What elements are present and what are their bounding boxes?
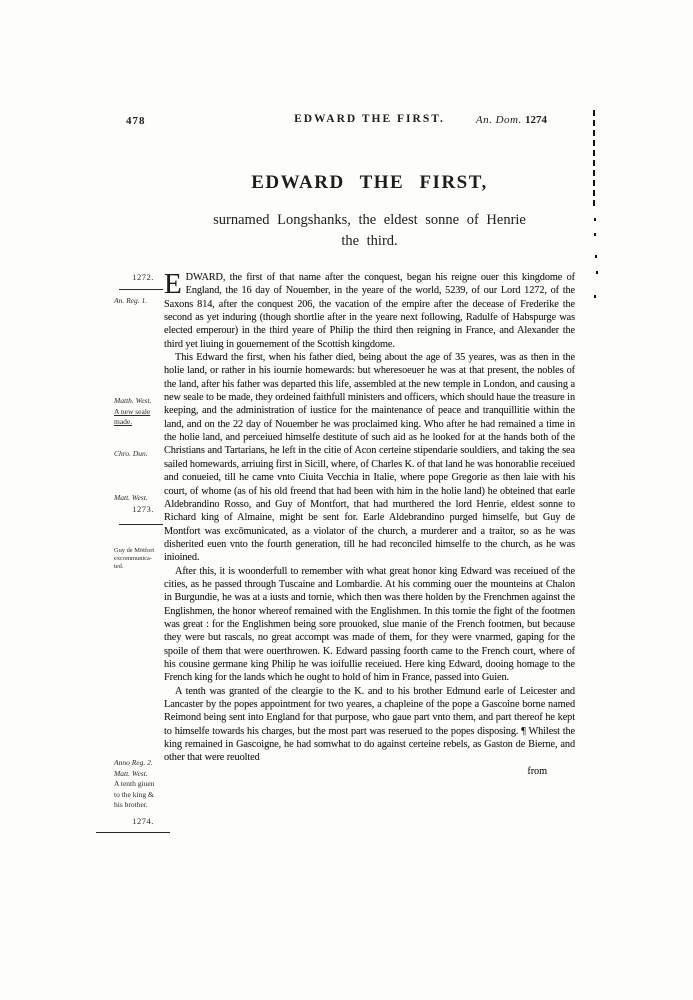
margin-note-line: his brother. xyxy=(114,800,172,811)
margin-note-year-1272: 1272. xyxy=(114,272,172,283)
margin-note-line: ted. xyxy=(114,563,172,571)
margin-note-an-reg-1: An. Reg. 1. xyxy=(114,296,172,307)
chapter-subtitle-line1: surnamed Longshanks, the eldest sonne of… xyxy=(164,210,575,231)
margin-note-chro-dun: Chro. Dun. xyxy=(114,449,172,460)
scan-artifact-dot xyxy=(596,271,598,274)
book-page: 478 EDWARD THE FIRST. An. Dom. 1274 EDWA… xyxy=(0,0,693,1000)
anno-dom-year: 1274 xyxy=(525,114,547,126)
margin-note-line: Anno Reg. 2. xyxy=(114,758,172,769)
chapter-title: EDWARD THE FIRST, xyxy=(164,172,575,194)
margin-rule xyxy=(119,524,163,525)
page-number: 478 xyxy=(126,115,146,127)
scan-artifact-dot xyxy=(595,255,597,258)
margin-rule xyxy=(96,832,170,833)
margin-note-matt-west-1273: Matt. West. 1273. xyxy=(114,493,172,514)
margin-note-line: Matt. West. xyxy=(114,493,172,504)
scan-artifact-dot xyxy=(594,233,596,236)
margin-note-new-seale: Matth. West. A new seale made. xyxy=(114,396,172,428)
margin-note-year-1274: 1274. xyxy=(114,816,172,827)
catchword: from xyxy=(164,765,575,778)
chapter-subtitle: surnamed Longshanks, the eldest sonne of… xyxy=(164,210,575,252)
chapter-subtitle-line2: the third. xyxy=(164,231,575,252)
margin-note-montfort-excommunicated: Guy de Mōtfort excommunica- ted. xyxy=(114,547,172,572)
margin-note-line: excommunica- xyxy=(114,555,172,563)
paragraph-3: After this, it is woonderfull to remembe… xyxy=(164,565,575,685)
margin-note-line: made. xyxy=(114,417,172,428)
body-text-column: EDWARD, the first of that name after the… xyxy=(164,271,575,778)
scan-artifact-dot xyxy=(594,295,596,298)
paragraph-1: EDWARD, the first of that name after the… xyxy=(164,271,575,351)
margin-note-line: to the king & xyxy=(114,790,172,801)
margin-note-line: 1273. xyxy=(114,504,172,515)
paragraph-2: This Edward the first, when his father d… xyxy=(164,351,575,565)
margin-note-line: 1272. xyxy=(114,272,172,283)
margin-note-line: 1274. xyxy=(114,816,172,827)
margin-note-line: Guy de Mōtfort xyxy=(114,547,172,555)
margin-note-line: An. Reg. 1. xyxy=(114,296,172,307)
margin-note-line: Chro. Dun. xyxy=(114,449,172,460)
anno-dom-label: An. Dom. xyxy=(476,114,522,126)
paragraph-1-text: DWARD, the first of that name after the … xyxy=(164,272,575,350)
margin-rule xyxy=(119,289,163,290)
anno-dom: An. Dom. 1274 xyxy=(476,114,547,126)
margin-note-tenth-giuen: Anno Reg. 2. Matt. West. A tenth giuen t… xyxy=(114,758,172,811)
paragraph-4: A tenth was granted of the cleargie to t… xyxy=(164,685,575,765)
margin-note-line: A tenth giuen xyxy=(114,779,172,790)
scan-artifact-dashed-line xyxy=(593,110,595,206)
margin-note-line: Matth. West. xyxy=(114,396,172,407)
margin-note-line: A new seale xyxy=(114,407,172,418)
scan-artifact-dot xyxy=(594,218,596,221)
margin-note-line: Matt. West. xyxy=(114,769,172,780)
